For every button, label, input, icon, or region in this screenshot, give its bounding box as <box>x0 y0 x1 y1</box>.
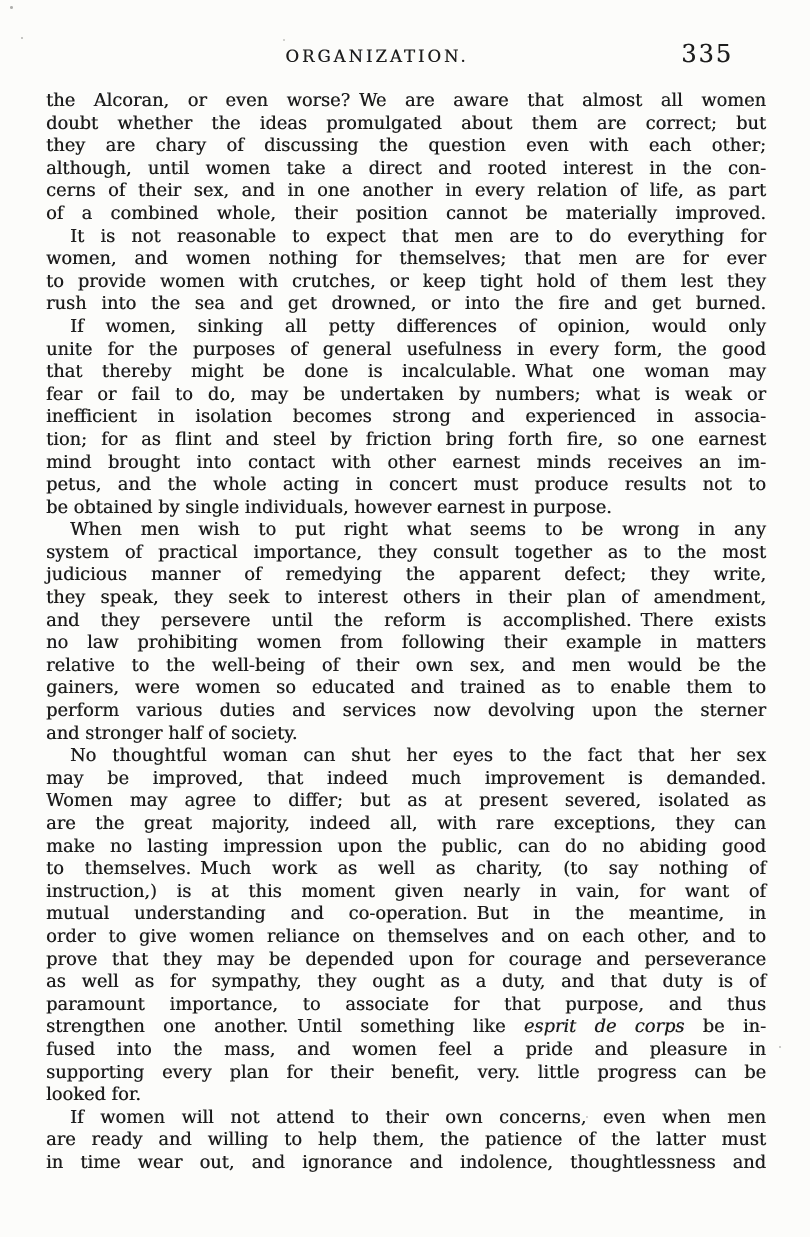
text-segment: gainers, were women so educated and trai… <box>46 677 766 698</box>
text-line: they are chary of discussing the questio… <box>46 135 766 158</box>
text-segment: are ready and willing to help them, the … <box>46 1129 766 1150</box>
text-line: It is not reasonable to expect that men … <box>46 226 766 249</box>
text-segment: instruction,) is at this moment given ne… <box>46 881 766 902</box>
text-segment: Women may agree to differ; but as at pre… <box>46 790 766 811</box>
text-line: may be improved, that indeed much improv… <box>46 768 766 791</box>
text-segment: mutual understanding and co-operation. B… <box>46 903 766 924</box>
scan-speck <box>21 37 23 39</box>
text-line: gainers, were women so educated and trai… <box>46 677 766 700</box>
text-segment: strengthen one another. Until something … <box>46 1016 524 1037</box>
text-segment: petus, and the whole acting in concert m… <box>46 474 766 495</box>
text-line: If women, sinking all petty differences … <box>46 316 766 339</box>
text-segment: inefficient in isolation becomes strong … <box>46 406 766 427</box>
text-line: When men wish to put right what seems to… <box>46 519 766 542</box>
text-segment: It is not reasonable to expect that men … <box>70 226 766 247</box>
scanned-book-page: ORGANIZATION. 335 the Alcoran, or even w… <box>0 0 810 1237</box>
text-line: to provide women with crutches, or keep … <box>46 271 766 294</box>
text-line: fused into the mass, and women feel a pr… <box>46 1039 766 1062</box>
text-segment: be in- <box>684 1016 766 1037</box>
text-line: the Alcoran, or even worse? We are aware… <box>46 90 766 113</box>
text-segment: the Alcoran, or even worse? We are aware… <box>46 90 766 111</box>
text-segment: no law prohibiting women from following … <box>46 632 766 653</box>
text-line: although, until women take a direct and … <box>46 158 766 181</box>
text-segment: system of practical importance, they con… <box>46 542 766 563</box>
text-line: tion; for as flint and steel by friction… <box>46 429 766 452</box>
text-line: cerns of their sex, and in one another i… <box>46 180 766 203</box>
text-segment: cerns of their sex, and in one another i… <box>46 180 766 201</box>
text-line: mind brought into contact with other ear… <box>46 452 766 475</box>
text-segment: unite for the purposes of general useful… <box>46 339 766 360</box>
text-line: that thereby might be done is incalculab… <box>46 361 766 384</box>
text-line: in time wear out, and ignorance and indo… <box>46 1152 766 1175</box>
text-segment: perform various duties and services now … <box>46 700 766 721</box>
text-segment: mind brought into contact with other ear… <box>46 452 766 473</box>
text-line: unite for the purposes of general useful… <box>46 339 766 362</box>
text-segment: prove that they may be depended upon for… <box>46 949 766 970</box>
text-line: judicious manner of remedying the appare… <box>46 564 766 587</box>
text-segment: as well as for sympathy, they ought as a… <box>46 971 766 992</box>
italic-phrase: esprit de corps <box>524 1016 685 1037</box>
text-segment: that thereby might be done is incalculab… <box>46 361 766 382</box>
text-line: of a combined whole, their position cann… <box>46 203 766 226</box>
text-line: supporting every plan for their benefit,… <box>46 1062 766 1085</box>
text-line: system of practical importance, they con… <box>46 542 766 565</box>
text-line: be obtained by single individuals, howev… <box>46 497 766 520</box>
scan-speck <box>10 6 13 9</box>
text-segment: although, until women take a direct and … <box>46 158 766 179</box>
scan-speck <box>779 1046 781 1048</box>
text-segment: tion; for as flint and steel by friction… <box>46 429 766 450</box>
text-line: they speak, they seek to interest others… <box>46 587 766 610</box>
text-segment: to provide women with crutches, or keep … <box>46 271 766 292</box>
text-line: No thoughtful woman can shut her eyes to… <box>46 745 766 768</box>
text-segment: If women will not attend to their own co… <box>70 1107 766 1128</box>
text-segment: and they persevere until the reform is a… <box>46 610 766 631</box>
text-segment: and stronger half of society. <box>46 723 297 744</box>
text-segment: order to give women reliance on themselv… <box>46 926 766 947</box>
text-line: instruction,) is at this moment given ne… <box>46 881 766 904</box>
text-segment: judicious manner of remedying the appare… <box>46 564 766 585</box>
text-line: no law prohibiting women from following … <box>46 632 766 655</box>
text-line: order to give women reliance on themselv… <box>46 926 766 949</box>
body-text: the Alcoran, or even worse? We are aware… <box>46 90 766 1175</box>
text-line: make no lasting impression upon the publ… <box>46 836 766 859</box>
text-line: and they persevere until the reform is a… <box>46 610 766 633</box>
text-segment: When men wish to put right what seems to… <box>70 519 766 540</box>
text-segment: make no lasting impression upon the publ… <box>46 836 766 857</box>
text-line: are the great majority, indeed all, with… <box>46 813 766 836</box>
text-segment: fear or fail to do, may be undertaken by… <box>46 384 766 405</box>
page-number: 335 <box>681 40 733 68</box>
text-line: Women may agree to differ; but as at pre… <box>46 790 766 813</box>
text-line: to themselves. Much work as well as char… <box>46 858 766 881</box>
text-segment: paramount importance, to associate for t… <box>46 994 766 1015</box>
text-segment: be obtained by single individuals, howev… <box>46 497 612 518</box>
text-line: prove that they may be depended upon for… <box>46 949 766 972</box>
text-line: relative to the well-being of their own … <box>46 655 766 678</box>
text-segment: they are chary of discussing the questio… <box>46 135 766 156</box>
text-segment: of a combined whole, their position cann… <box>46 203 766 224</box>
text-segment: to themselves. Much work as well as char… <box>46 858 766 879</box>
text-segment: If women, sinking all petty differences … <box>70 316 766 337</box>
text-line: paramount importance, to associate for t… <box>46 994 766 1017</box>
text-line: as well as for sympathy, they ought as a… <box>46 971 766 994</box>
text-segment: rush into the sea and get drowned, or in… <box>46 293 766 314</box>
running-header: ORGANIZATION. 335 <box>46 40 766 68</box>
text-segment: they speak, they seek to interest others… <box>46 587 766 608</box>
text-segment: looked for. <box>46 1084 141 1105</box>
text-line: and stronger half of society. <box>46 723 766 746</box>
scan-speck <box>586 1116 588 1118</box>
page-header-title: ORGANIZATION. <box>285 47 468 66</box>
text-line: mutual understanding and co-operation. B… <box>46 903 766 926</box>
text-line: rush into the sea and get drowned, or in… <box>46 293 766 316</box>
text-line: petus, and the whole acting in concert m… <box>46 474 766 497</box>
scan-speck <box>283 39 285 41</box>
text-segment: supporting every plan for their benefit,… <box>46 1062 766 1083</box>
text-segment: women, and women nothing for themselves;… <box>46 248 766 269</box>
text-segment: doubt whether the ideas promulgated abou… <box>46 113 766 134</box>
text-line: strengthen one another. Until something … <box>46 1016 766 1039</box>
text-line: fear or fail to do, may be undertaken by… <box>46 384 766 407</box>
text-segment: No thoughtful woman can shut her eyes to… <box>70 745 766 766</box>
text-line: If women will not attend to their own co… <box>46 1107 766 1130</box>
text-line: doubt whether the ideas promulgated abou… <box>46 113 766 136</box>
text-segment: in time wear out, and ignorance and indo… <box>46 1152 766 1173</box>
text-line: are ready and willing to help them, the … <box>46 1129 766 1152</box>
text-segment: are the great majority, indeed all, with… <box>46 813 766 834</box>
text-segment: relative to the well-being of their own … <box>46 655 766 676</box>
text-segment: may be improved, that indeed much improv… <box>46 768 766 789</box>
text-line: perform various duties and services now … <box>46 700 766 723</box>
text-line: inefficient in isolation becomes strong … <box>46 406 766 429</box>
text-line: looked for. <box>46 1084 766 1107</box>
text-segment: fused into the mass, and women feel a pr… <box>46 1039 766 1060</box>
text-line: women, and women nothing for themselves;… <box>46 248 766 271</box>
